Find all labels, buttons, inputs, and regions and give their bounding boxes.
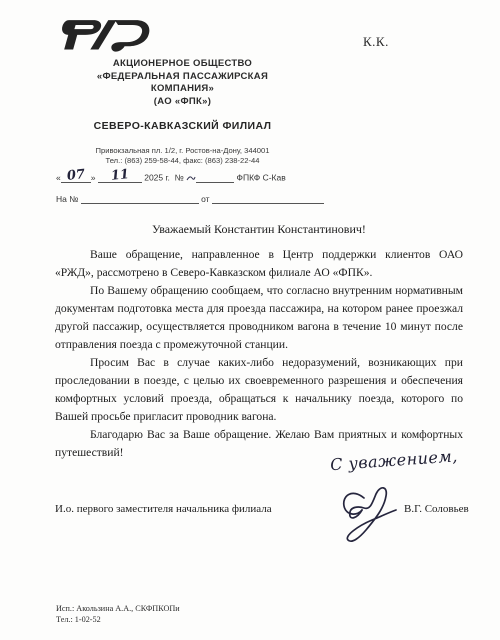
date-year: 2025 г. [144,172,170,182]
date-month-blank: 11 [98,171,142,183]
paragraph-1: Ваше обращение, направленное в Центр под… [55,246,463,282]
branch-name: СЕВЕРО-КАВКАЗСКИЙ ФИЛИАЛ [40,120,325,132]
date-number-line: «07» 11 2025 г. № ФПКФ С-Кав [56,171,386,183]
reply-label: На № [56,194,78,204]
signer-name: В.Г. Соловьев [404,503,469,515]
reply-date-blank [212,194,324,204]
org-name-line4: (АО «ФПК») [40,96,325,109]
recipient-initials: К.К. [363,34,389,50]
letter-page: К.К. АКЦИОНЕРНОЕ ОБЩЕСТВО «ФЕДЕРАЛЬНАЯ П… [0,0,500,640]
reply-number-blank [81,194,199,204]
phone-fax: Тел.: (863) 259-58-44, факс: (863) 238-2… [40,156,325,166]
executor-phone: Тел.: 1-02-52 [56,614,306,625]
handwritten-mark-icon [186,173,196,183]
salutation: Уважаемый Константин Константинович! [55,222,463,237]
paragraph-2: По Вашему обращению сообщаем, что соглас… [55,282,463,354]
org-name-line3: КОМПАНИЯ» [40,83,325,96]
date-day-blank: 07 [61,171,91,183]
close-quote: » [91,172,96,182]
number-index: ФПКФ С-Кав [237,172,286,182]
handwritten-month: 11 [110,170,129,182]
signature-scribble-icon [338,482,410,548]
postal-address: Привокзальная пл. 1/2, г. Ростов-на-Дону… [40,146,325,156]
executor-block: Исп.: Акользина А.А., СКФПКОПи Тел.: 1-0… [56,603,306,625]
reply-from-label: от [201,194,209,204]
signer-title: И.о. первого заместителя начальника фили… [55,503,355,515]
letterhead-org-block: АКЦИОНЕРНОЕ ОБЩЕСТВО «ФЕДЕРАЛЬНАЯ ПАССАЖ… [40,58,325,108]
paragraph-3: Просим Вас в случае каких-либо недоразум… [55,354,463,426]
executor-line: Исп.: Акользина А.А., СКФПКОПи [56,603,306,614]
reply-reference-line: На № от [56,194,386,204]
letterhead-contact-block: Привокзальная пл. 1/2, г. Ростов-на-Дону… [40,146,325,165]
rzd-logo-icon [56,13,154,55]
org-name-line2: «ФЕДЕРАЛЬНАЯ ПАССАЖИРСКАЯ [40,71,325,84]
letter-body: Ваше обращение, направленное в Центр под… [55,246,463,462]
number-label: № [175,172,184,182]
number-blank [196,173,234,183]
handwritten-day: 07 [66,170,85,182]
org-name-line1: АКЦИОНЕРНОЕ ОБЩЕСТВО [40,58,325,71]
